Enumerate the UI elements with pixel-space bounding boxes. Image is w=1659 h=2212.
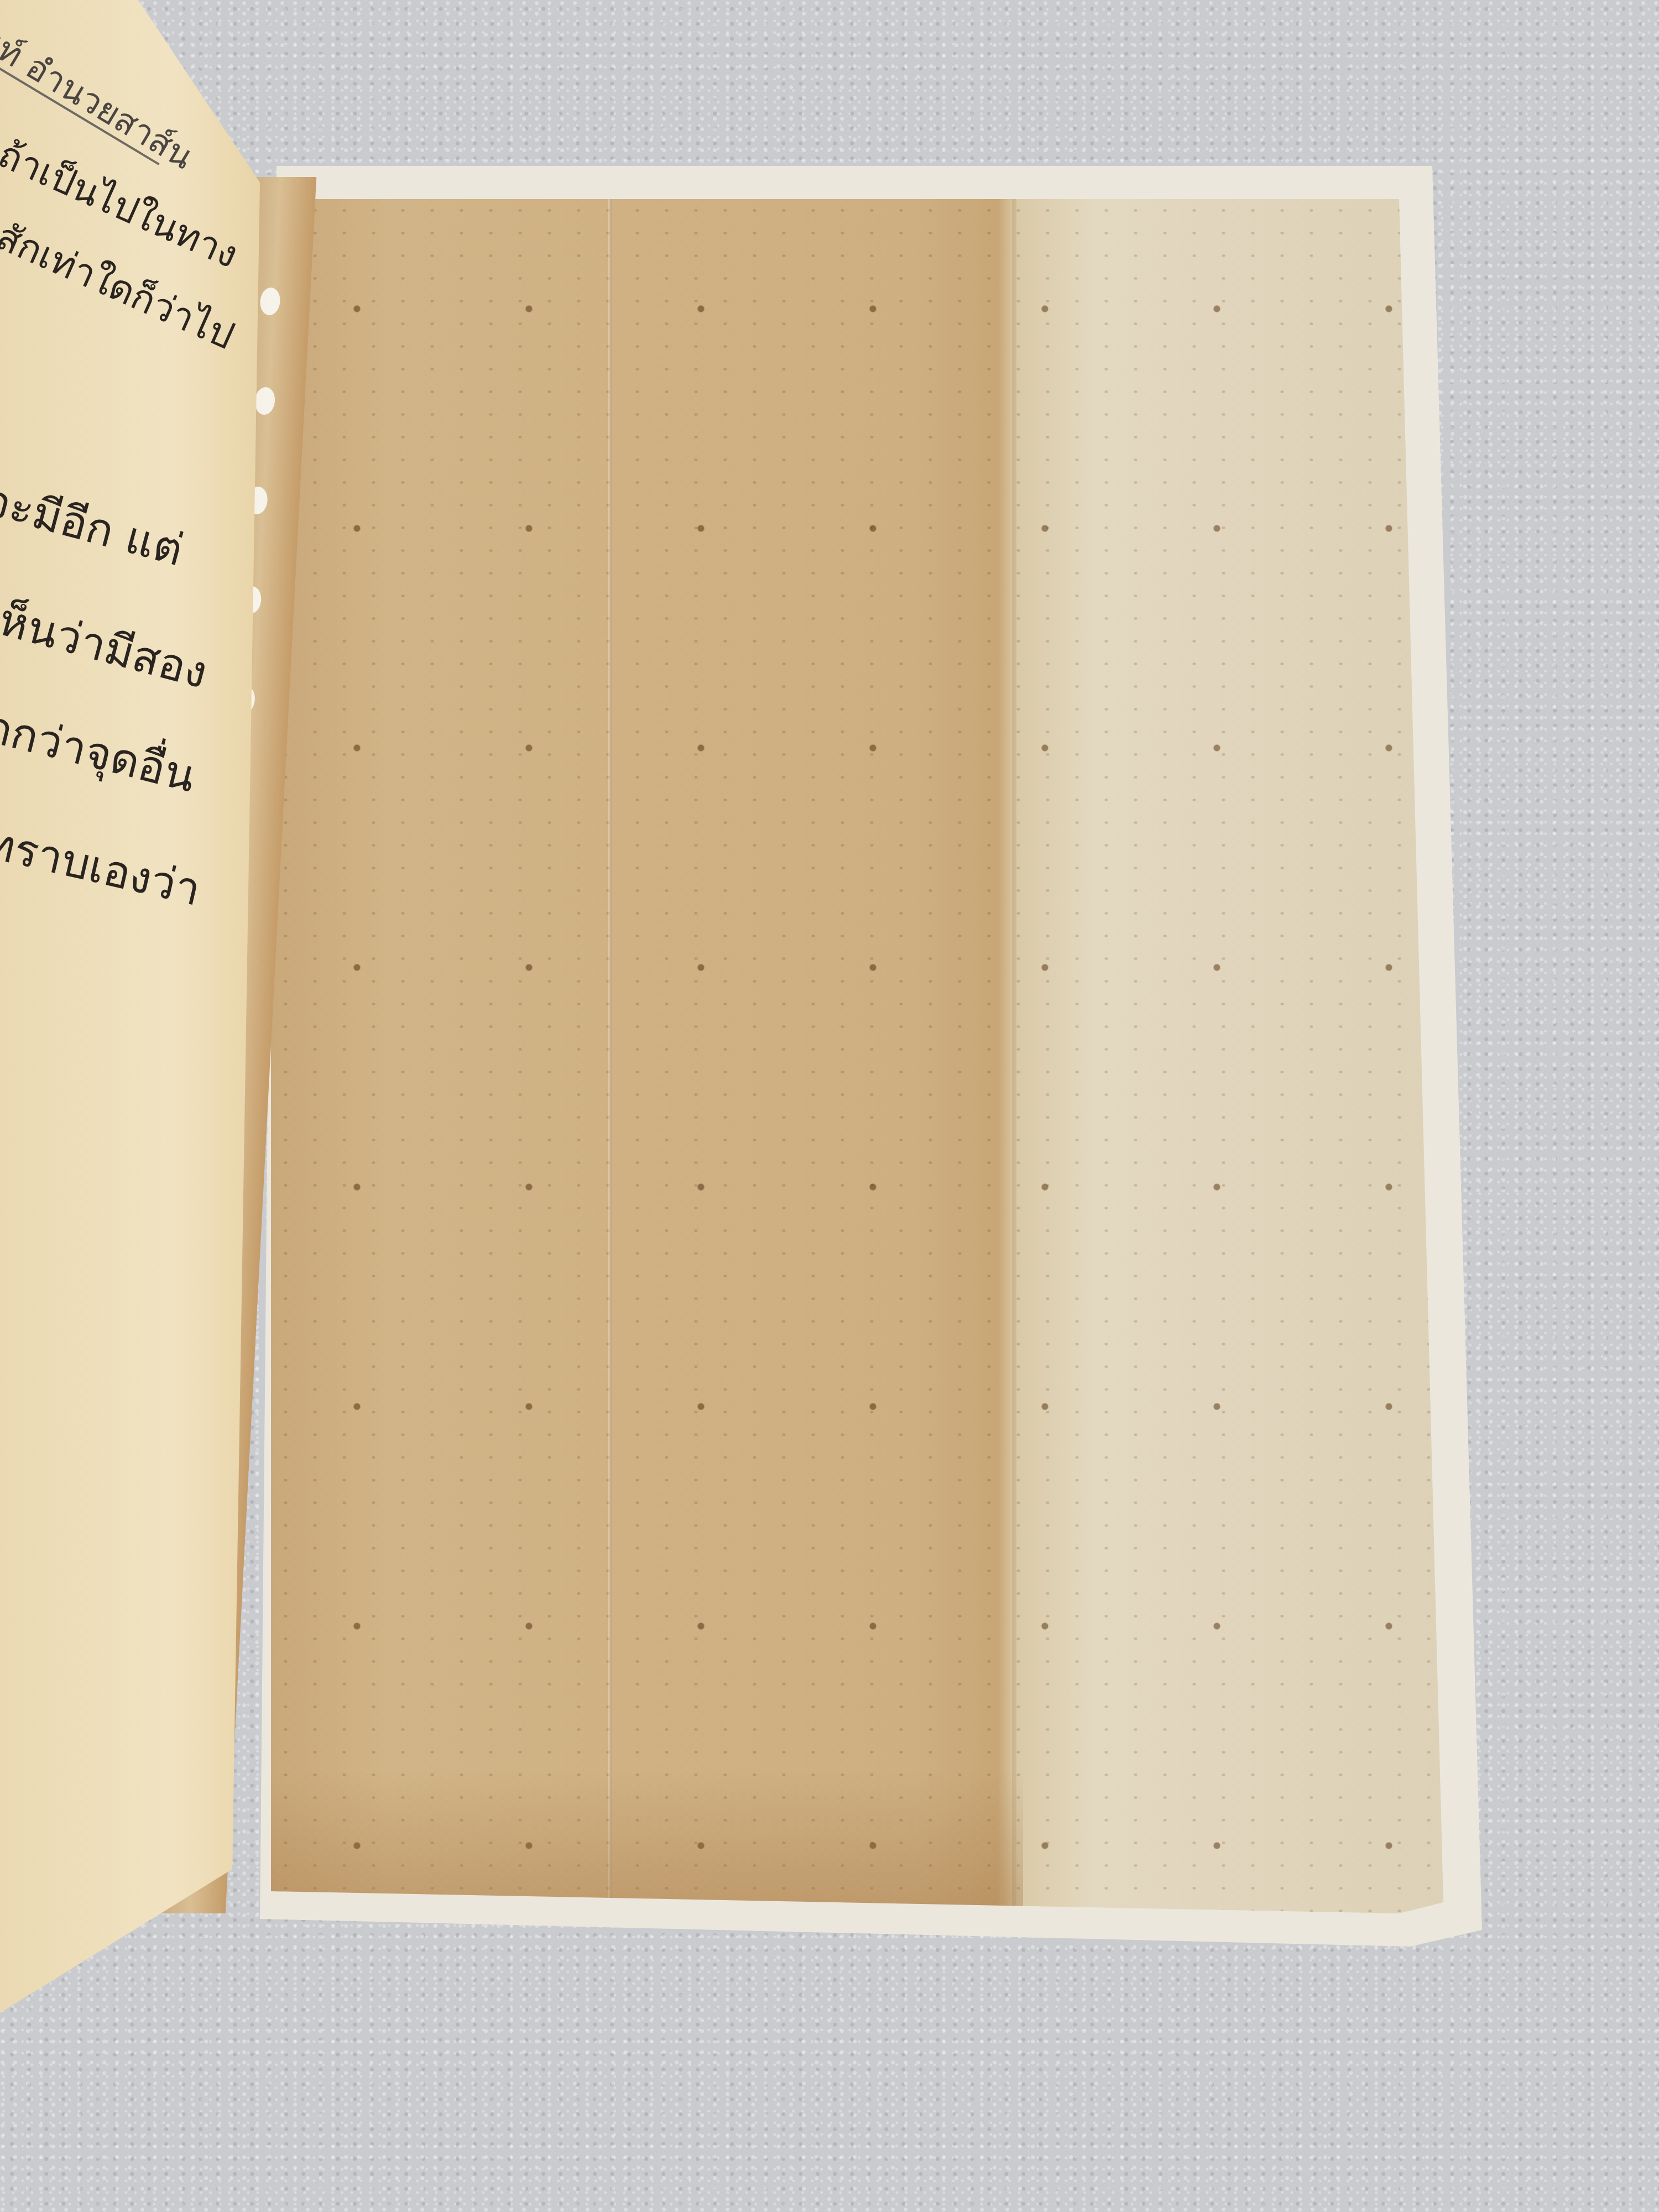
endpaper-fold-line <box>608 199 612 1913</box>
light-strip-boundary <box>1012 199 1016 1913</box>
left-printed-page: นท์ อำนวยสาส์น ะถ้าเป็นไปในทาง งสักเท่าใ… <box>0 0 288 2212</box>
text-line: ทราบเองว่า <box>0 807 208 925</box>
endpaper <box>271 199 1443 1913</box>
water-stain <box>271 1770 1023 1913</box>
photo-scene: นท์ อำนวยสาส์น ะถ้าเป็นไปในทาง งสักเท่าใ… <box>0 0 1659 2212</box>
text-line: เห็นว่ามีสอง <box>0 581 215 708</box>
text-line: กกว่าจุดอื่น <box>0 691 203 811</box>
stitch-mark <box>259 288 281 315</box>
stitch-mark <box>254 387 276 415</box>
text-line: จะมีอีก แต่ <box>0 465 191 585</box>
foxing-spots <box>271 199 1443 1913</box>
